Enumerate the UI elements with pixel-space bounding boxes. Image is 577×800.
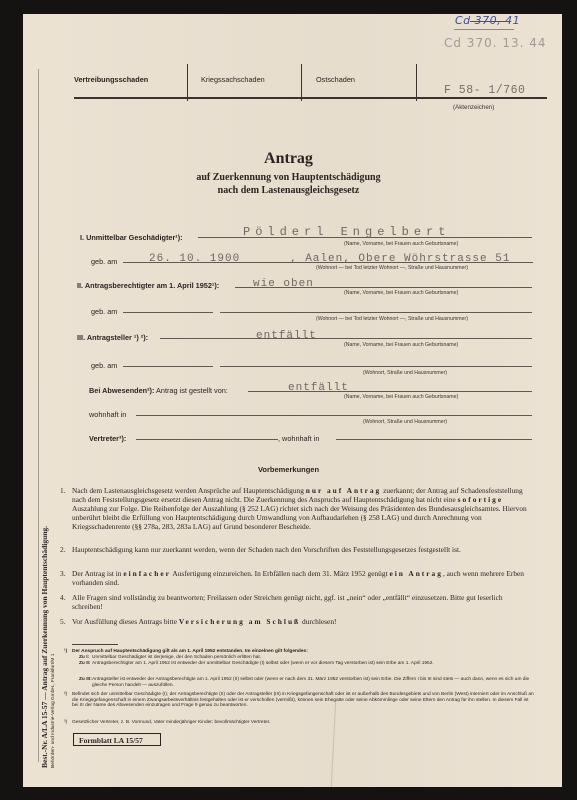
absent-label: Bei Abwesenden²): Antrag ist gestellt vo… <box>89 386 228 395</box>
note-4: 4. Alle Fragen sind vollständig zu beant… <box>72 593 532 611</box>
note-text: Nach dem Lastenausgleichsgesetz werden A… <box>72 486 306 495</box>
note-text: Alle Fragen sind vollständig zu beantwor… <box>72 593 503 611</box>
representative-residence-field[interactable] <box>336 439 532 440</box>
absent-name-value: entfällt <box>288 382 349 394</box>
underline <box>454 29 514 30</box>
section2-born-field[interactable] <box>123 312 213 313</box>
footnote-marker: ³) <box>64 720 67 726</box>
footnote-text: Antragsteller ist entweder der Antragsbe… <box>72 677 536 688</box>
note-text: Ausfertigung einzureichen. In Erbfällen … <box>171 569 390 578</box>
notes-heading: Vorbemerkungen <box>0 465 577 474</box>
footnote-text: Unmittelbar Geschädigter ist derjenige, … <box>72 655 536 661</box>
side-publisher-print: Best.-Nr. A/LA 15-57 — Antrag auf Zuerke… <box>40 526 56 768</box>
note-5: 5. Vor Ausfüllung dieses Antrags bitte V… <box>72 617 532 626</box>
form-subtitle-line2: nach dem Lastenausgleichsgesetz <box>0 185 577 196</box>
header-rule <box>74 97 547 99</box>
representative-residence-label: , wohnhaft in <box>278 434 319 443</box>
representative-name-field[interactable] <box>136 439 278 440</box>
absent-label-bold: Bei Abwesenden²): <box>89 386 154 395</box>
footnote-3: ³) Gesetzlicher Vertreter, z. B. Vormund… <box>72 720 536 726</box>
file-number-label: (Aktenzeichen) <box>453 104 494 111</box>
note-number: 4. <box>60 593 66 602</box>
absent-label-rest: Antrag ist gestellt von: <box>156 386 228 395</box>
form-title: Antrag <box>0 150 577 168</box>
section1-label: I. Unmittelbar Geschädigter¹): <box>80 233 183 242</box>
section1-born-label: geb. am <box>91 257 117 266</box>
section3-address-hint: (Wohnort, Straße und Hausnummer) <box>363 370 447 376</box>
divider <box>301 64 302 101</box>
footnote-1-zu-3: Zu III: Antragsteller ist entweder der A… <box>72 677 536 688</box>
footnote-marker: ²) <box>64 692 67 698</box>
section3-name-value: entfällt <box>256 330 317 342</box>
note-emphasis: sofortige <box>458 495 504 504</box>
document-page <box>23 14 562 787</box>
section2-address-hint: (Wohnort — bei Tod letzter Wohnort —, St… <box>316 316 468 322</box>
category-vertreibungsschaden: Vertreibungsschaden <box>74 75 148 84</box>
section1-born-value: 26. 10. 1900 <box>149 253 240 265</box>
note-text: Hauptentschädigung kann nur zuerkannt we… <box>72 545 461 554</box>
section3-label: III. Antragsteller ¹) ²): <box>77 333 148 342</box>
footnote-zu-label: Zu II: <box>79 661 90 667</box>
footnote-text: Befindet sich der unmittelbar Geschädigt… <box>72 692 534 708</box>
section2-name-hint: (Name, Vorname, bei Frauen auch Geburtsn… <box>344 290 458 296</box>
absent-residence-field[interactable] <box>136 415 532 416</box>
absent-residence-hint: (Wohnort, Straße und Hausnummer) <box>363 419 447 425</box>
footnote-text: Gesetzlicher Vertreter, z. B. Vormund, V… <box>72 720 270 725</box>
section1-address-hint: (Wohnort — bei Tod letzter Wohnort —, St… <box>316 265 468 271</box>
footnote-2: ²) Befindet sich der unmittelbar Geschäd… <box>72 692 536 709</box>
note-text: Auszahlung zur Folge. Die Reihenfolge de… <box>72 504 527 531</box>
section2-label: II. Antragsberechtigter am 1. April 1952… <box>77 281 219 290</box>
section3-born-field[interactable] <box>123 366 213 367</box>
footnote-zu-label: Zu III: <box>79 677 92 683</box>
footnote-zu-label: Zu I: <box>79 655 89 661</box>
section1-name-hint: (Name, Vorname, bei Frauen auch Geburtsn… <box>344 241 458 247</box>
footnote-rule <box>72 644 118 645</box>
section3-name-field[interactable] <box>160 338 532 339</box>
archive-mark-pencil: Cd 370. 13. 44 <box>444 36 547 50</box>
note-1: 1. Nach dem Lastenausgleichsgesetz werde… <box>72 486 532 531</box>
form-subtitle-line1: auf Zuerkennung von Hauptentschädigung <box>0 172 577 183</box>
section2-born-label: geb. am <box>91 307 117 316</box>
footnote-1-zu-1: Zu I: Unmittelbar Geschädigter ist derje… <box>72 655 536 661</box>
footnote-text: Der Anspruch auf Hauptentschädigung gilt… <box>72 649 308 654</box>
section2-address-field[interactable] <box>220 312 532 313</box>
note-text: Der Antrag ist in <box>72 569 123 578</box>
footnote-1-zu-2: Zu II: Antragsberechtigter am 1. April 1… <box>72 661 536 667</box>
note-text: Vor Ausfüllung dieses Antrags bitte <box>72 617 179 626</box>
note-number: 2. <box>60 545 66 554</box>
footnote-1: ¹) Der Anspruch auf Hauptentschädigung g… <box>72 649 536 655</box>
note-number: 3. <box>60 569 66 578</box>
note-number: 5. <box>60 617 66 626</box>
footnote-marker: ¹) <box>64 649 67 655</box>
absent-name-hint: (Name, Vorname, bei Frauen auch Geburtsn… <box>344 394 458 400</box>
note-emphasis: einfacher <box>123 569 171 578</box>
section3-born-label: geb. am <box>91 361 117 370</box>
category-kriegssachschaden: Kriegssachschaden <box>201 75 265 84</box>
section1-address-value: , Aalen, Obere Wöhrstrasse 51 <box>290 253 510 265</box>
note-number: 1. <box>60 486 66 495</box>
category-ostschaden: Ostschaden <box>316 75 355 84</box>
divider <box>416 64 417 101</box>
section2-name-value: wie oben <box>253 278 314 290</box>
section1-name-value: Pölderl Engelbert <box>243 225 450 239</box>
section3-address-field[interactable] <box>220 366 532 367</box>
footnote-text: Antragsberechtigter am 1. April 1952 ist… <box>72 661 536 667</box>
divider <box>187 64 188 101</box>
note-3: 3. Der Antrag ist in einfacher Ausfertig… <box>72 569 532 587</box>
note-emphasis: Versicherung am Schluß <box>179 617 300 626</box>
publisher-text: Behörden- und Industrie-Verlag GmbH., Fr… <box>51 526 56 768</box>
strikethrough-line <box>470 21 510 22</box>
note-text: durchlesen! <box>300 617 336 626</box>
absent-residence-label: wohnhaft in <box>89 410 126 419</box>
form-id-box: Formblatt LA 15/57 <box>73 733 161 746</box>
note-emphasis: nur auf Antrag <box>306 486 382 495</box>
note-2: 2. Hauptentschädigung kann nur zuerkannt… <box>72 545 532 554</box>
note-emphasis: ein Antrag <box>389 569 442 578</box>
file-number: F 58- 1/760 <box>444 84 525 97</box>
order-number-text: Best.-Nr. A/LA 15-57 — Antrag auf Zuerke… <box>40 526 49 768</box>
representative-label: Vertreter³): <box>89 434 126 443</box>
section3-name-hint: (Name, Vorname, bei Frauen auch Geburtsn… <box>344 342 458 348</box>
